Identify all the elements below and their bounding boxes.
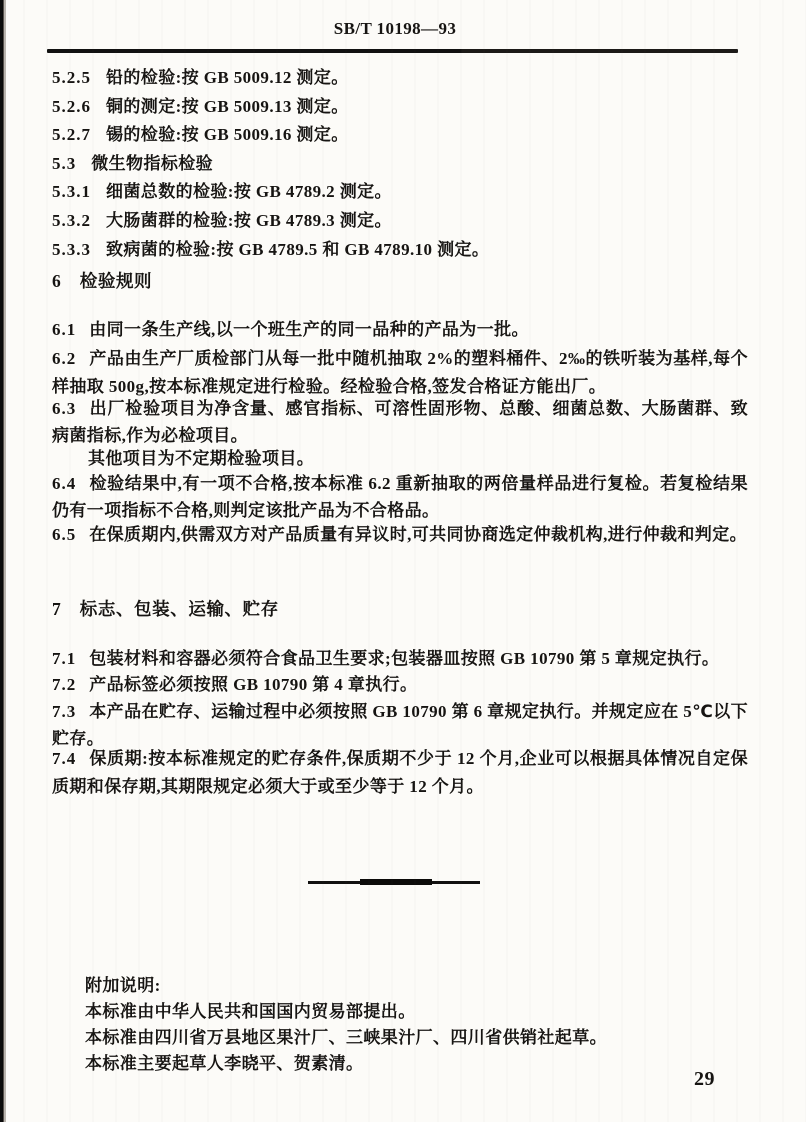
clause-6-1: 6.1由同一条生产线,以一个班生产的同一品种的产品为一批。 bbox=[52, 317, 748, 344]
clause-6-5: 6.5在保质期内,供需双方对产品质量有异议时,可共同协商选定仲裁机构,进行仲裁和… bbox=[52, 522, 748, 549]
clause-text: 微生物指标检验 bbox=[91, 154, 213, 173]
section-number: 6 bbox=[52, 271, 62, 291]
standard-code-header: SB/T 10198—93 bbox=[0, 19, 790, 39]
clause-text: 由同一条生产线,以一个班生产的同一品种的产品为一批。 bbox=[89, 320, 529, 339]
clause-6-3: 6.3出厂检验项目为净含量、感官指标、可溶性固形物、总酸、细菌总数、大肠菌群、致… bbox=[52, 396, 748, 449]
header-rule bbox=[47, 49, 738, 53]
appendix-line: 本标准主要起草人李晓平、贺素清。 bbox=[85, 1051, 745, 1077]
clause-6-4: 6.4检验结果中,有一项不合格,按本标准 6.2 重新抽取的两倍量样品进行复检。… bbox=[52, 471, 748, 524]
clause-text: 包装材料和容器必须符合食品卫生要求;包装器皿按照 GB 10790 第 5 章规… bbox=[89, 649, 719, 668]
section-6-heading: 6检验规则 bbox=[52, 268, 152, 293]
clause-number: 5.3.2 bbox=[52, 211, 91, 230]
list-item: 5.3微生物指标检验 bbox=[52, 150, 752, 179]
clause-text: 产品标签必须按照 GB 10790 第 4 章执行。 bbox=[89, 675, 417, 694]
list-item: 5.2.6铜的测定:按 GB 5009.13 测定。 bbox=[52, 93, 752, 122]
clause-text: 细菌总数的检验:按 GB 4789.2 测定。 bbox=[106, 182, 392, 201]
page-number: 29 bbox=[694, 1068, 715, 1091]
clause-text: 本产品在贮存、运输过程中必须按照 GB 10790 第 6 章规定执行。并规定应… bbox=[52, 702, 748, 748]
section-divider-rule bbox=[308, 881, 480, 884]
clause-number: 6.2 bbox=[52, 349, 76, 368]
list-item: 5.3.2大肠菌群的检验:按 GB 4789.3 测定。 bbox=[52, 207, 752, 236]
clause-number: 5.3.3 bbox=[52, 240, 91, 259]
clause-6-2: 6.2产品由生产厂质检部门从每一批中随机抽取 2%的塑料桶件、2‰的铁听装为基样… bbox=[52, 345, 748, 401]
clause-text: 保质期:按本标准规定的贮存条件,保质期不少于 12 个月,企业可以根据具体情况自… bbox=[52, 749, 748, 796]
clause-text: 产品由生产厂质检部门从每一批中随机抽取 2%的塑料桶件、2‰的铁听装为基样,每个… bbox=[52, 349, 748, 396]
clause-text: 在保质期内,供需双方对产品质量有异议时,可共同协商选定仲裁机构,进行仲裁和判定。 bbox=[89, 525, 747, 544]
clause-number: 7.3 bbox=[52, 702, 76, 721]
list-item: 5.3.1细菌总数的检验:按 GB 4789.2 测定。 bbox=[52, 178, 752, 207]
clause-number: 7.2 bbox=[52, 675, 76, 694]
section-title: 检验规则 bbox=[80, 271, 152, 291]
appendix-block: 附加说明: 本标准由中华人民共和国国内贸易部提出。 本标准由四川省万县地区果汁厂… bbox=[85, 973, 745, 1077]
section-number: 7 bbox=[52, 599, 62, 619]
list-item: 5.2.7锡的检验:按 GB 5009.16 测定。 bbox=[52, 121, 752, 150]
scan-left-edge bbox=[0, 0, 6, 1122]
appendix-line: 本标准由中华人民共和国国内贸易部提出。 bbox=[85, 999, 745, 1025]
clause-text: 检验结果中,有一项不合格,按本标准 6.2 重新抽取的两倍量样品进行复检。若复检… bbox=[52, 474, 748, 520]
appendix-line: 本标准由四川省万县地区果汁厂、三峡果汁厂、四川省供销社起草。 bbox=[85, 1025, 745, 1051]
clause-number: 5.2.7 bbox=[52, 125, 91, 144]
clause-text: 出厂检验项目为净含量、感官指标、可溶性固形物、总酸、细菌总数、大肠菌群、致病菌指… bbox=[52, 399, 748, 445]
clause-number: 7.1 bbox=[52, 649, 76, 668]
note-text: 其他项目为不定期检验项目。 bbox=[88, 449, 314, 468]
clause-text: 大肠菌群的检验:按 GB 4789.3 测定。 bbox=[106, 211, 392, 230]
clause-number: 5.3.1 bbox=[52, 182, 91, 201]
note-unscheduled-items: 其他项目为不定期检验项目。 bbox=[52, 446, 748, 473]
test-method-list: 5.2.5铅的检验:按 GB 5009.12 测定。 5.2.6铜的测定:按 G… bbox=[52, 64, 752, 264]
clause-number: 6.1 bbox=[52, 320, 76, 339]
clause-text: 锡的检验:按 GB 5009.16 测定。 bbox=[106, 125, 349, 144]
list-item: 5.3.3致病菌的检验:按 GB 4789.5 和 GB 4789.10 测定。 bbox=[52, 236, 752, 265]
clause-7-4: 7.4保质期:按本标准规定的贮存条件,保质期不少于 12 个月,企业可以根据具体… bbox=[52, 745, 748, 801]
section-7-heading: 7标志、包装、运输、贮存 bbox=[52, 596, 279, 621]
clause-number: 6.5 bbox=[52, 525, 76, 544]
list-item: 5.2.5铅的检验:按 GB 5009.12 测定。 bbox=[52, 64, 752, 93]
clause-7-2: 7.2产品标签必须按照 GB 10790 第 4 章执行。 bbox=[52, 672, 748, 699]
clause-number: 5.2.5 bbox=[52, 68, 91, 87]
appendix-title: 附加说明: bbox=[85, 973, 745, 999]
clause-number: 6.4 bbox=[52, 474, 76, 493]
clause-number: 6.3 bbox=[52, 399, 76, 418]
clause-number: 5.3 bbox=[52, 154, 76, 173]
clause-number: 5.2.6 bbox=[52, 97, 91, 116]
section-title: 标志、包装、运输、贮存 bbox=[80, 599, 279, 619]
clause-text: 铅的检验:按 GB 5009.12 测定。 bbox=[106, 68, 349, 87]
clause-7-1: 7.1包装材料和容器必须符合食品卫生要求;包装器皿按照 GB 10790 第 5… bbox=[52, 646, 748, 673]
clause-text: 铜的测定:按 GB 5009.13 测定。 bbox=[106, 97, 349, 116]
clause-text: 致病菌的检验:按 GB 4789.5 和 GB 4789.10 测定。 bbox=[106, 240, 489, 259]
clause-number: 7.4 bbox=[52, 749, 76, 768]
scanned-standard-page: SB/T 10198—93 5.2.5铅的检验:按 GB 5009.12 测定。… bbox=[0, 0, 806, 1122]
